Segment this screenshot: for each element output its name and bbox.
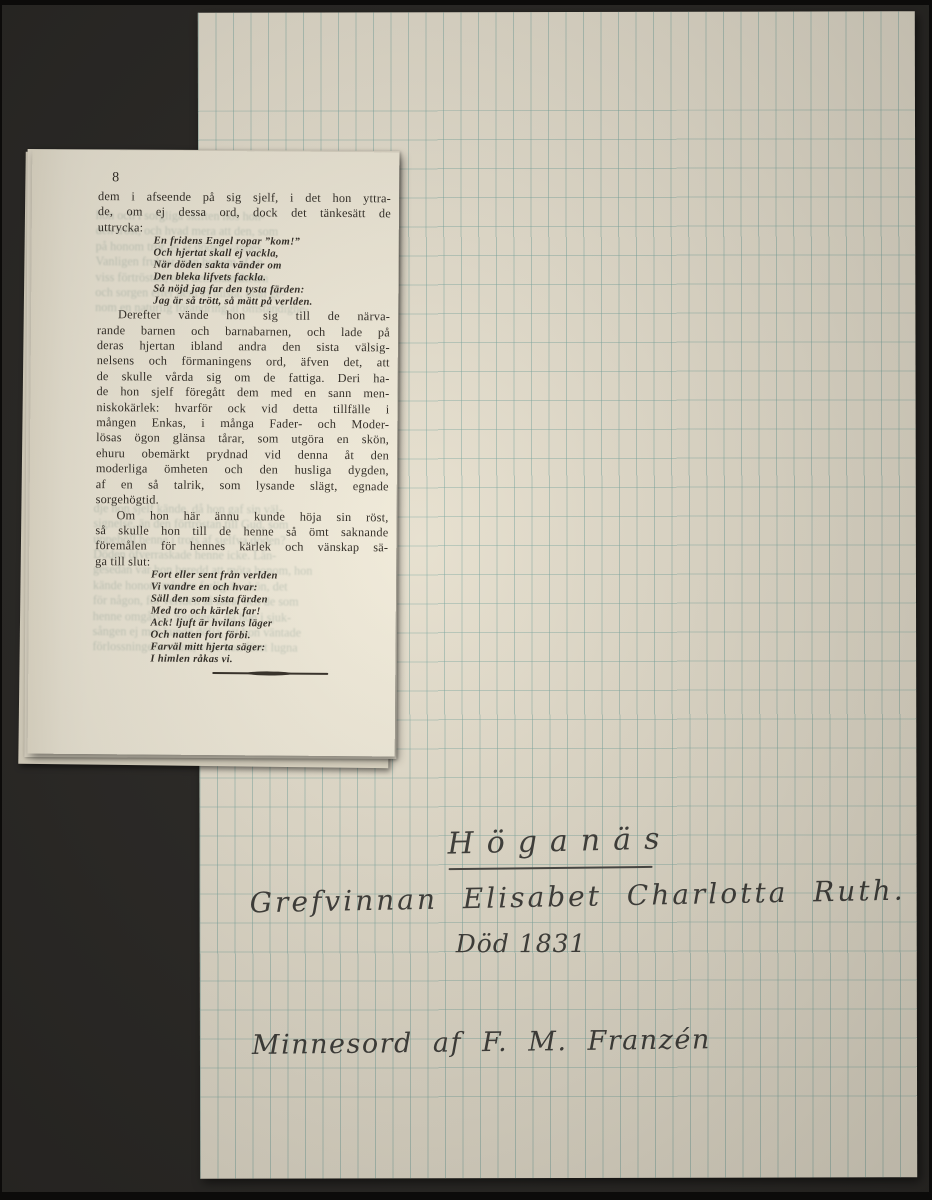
text-line: I himlen råkas vi. bbox=[150, 654, 387, 668]
title-underline bbox=[449, 866, 653, 870]
frame-edge-bottom bbox=[0, 1192, 932, 1200]
photo-scene: Höganäs Grefvinnan Elisabet Charlotta Ru… bbox=[0, 0, 932, 1200]
handwriting-attribution: Minnesord af F. M. Franzén bbox=[252, 1024, 711, 1061]
prose-paragraph: Derefter vände hon sig till de närva-ran… bbox=[96, 307, 391, 510]
text-line: uttrycka: bbox=[98, 220, 391, 238]
text-line: ga till slut: bbox=[95, 554, 388, 572]
book-page-stack: hon och i sorgliga skiften hos hon-den t… bbox=[20, 148, 405, 776]
handwriting-name-line: Grefvinnan Elisabet Charlotta Ruth. bbox=[249, 874, 905, 920]
text-line: de hon sjelf föregått dem med en sann me… bbox=[96, 384, 389, 402]
section-end-rule bbox=[212, 672, 328, 675]
frame-edge-left bbox=[0, 0, 2, 1200]
text-line: sorgehögtid. bbox=[96, 492, 389, 510]
handwriting-death-year: Död 1831 bbox=[456, 929, 587, 958]
text-line: Derefter vände hon sig till de närva- bbox=[97, 307, 390, 325]
verse-block: En fridens Engel ropar ”kom!”Och hjertat… bbox=[97, 235, 391, 309]
printed-text-column: dem i afseende på sig sjelf, i det hon y… bbox=[94, 189, 391, 667]
verse-block: Fort eller sent från verldenVi vandre en… bbox=[94, 569, 388, 667]
page-number: 8 bbox=[112, 170, 391, 188]
handwriting-title: Höganäs bbox=[447, 821, 673, 861]
prose-paragraph: Om hon här ännu kunde höja sin röst,så s… bbox=[95, 508, 388, 572]
frame-edge-top bbox=[0, 0, 932, 5]
printed-page: hon och i sorgliga skiften hos hon-den t… bbox=[28, 150, 400, 757]
prose-paragraph: dem i afseende på sig sjelf, i det hon y… bbox=[98, 189, 391, 238]
